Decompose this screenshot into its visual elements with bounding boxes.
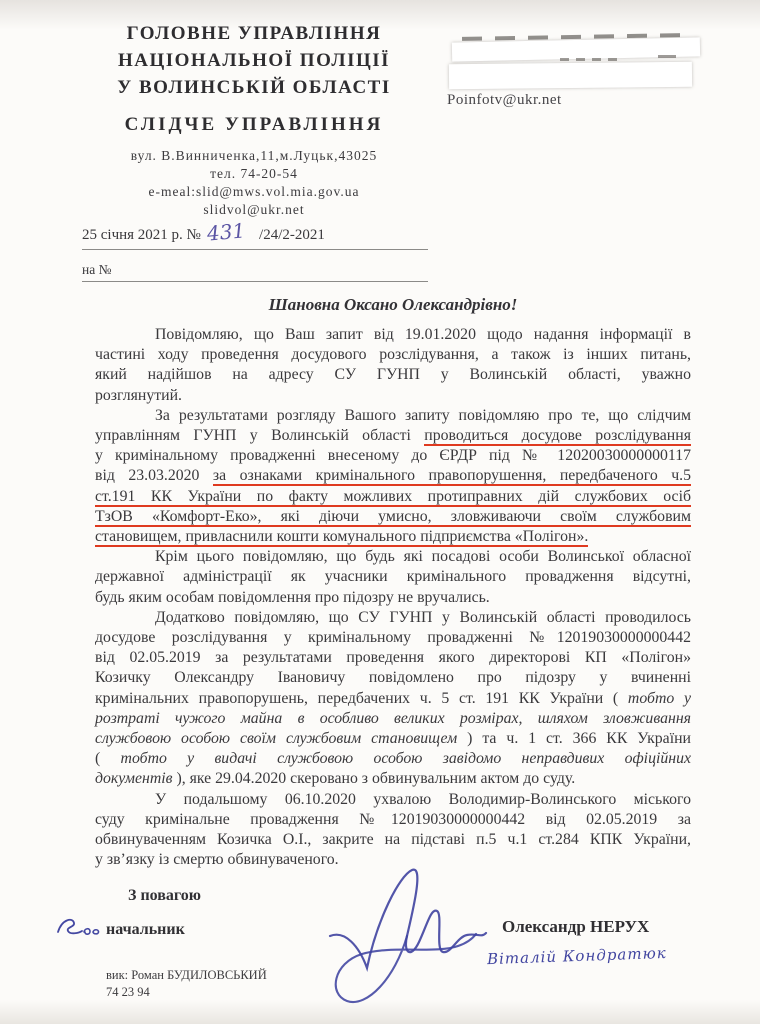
body-text: управлінням ГУНП у Волинській області (95, 427, 424, 444)
body-line: Козичку Олександру Івановичу повідомлено… (95, 668, 691, 688)
org-name-line3: У ВОЛИНСЬКІЙ ОБЛАСТІ (78, 74, 430, 101)
body-text: розглянутий. (95, 387, 182, 404)
body-line: ( тобто у видачі службовою особою завідо… (95, 749, 691, 769)
body-line: у кримінальному провадженні внесеному до… (95, 446, 691, 466)
reply-reference-line: на № (82, 262, 428, 282)
body-text: ) та ч. 1 ст. 366 КК України (467, 730, 691, 747)
body-text: суду кримінальне провадження №1201903000… (95, 811, 691, 828)
body-text: За результатами розгляду Вашого запиту п… (155, 407, 691, 424)
body-line: Повідомляю, що Ваш запит від 19.01.2020 … (95, 325, 691, 345)
red-underlined-text: проводиться досудове розслідування (424, 427, 691, 446)
body-line: обвинуваченням Козичка О.І., закрите на … (95, 830, 691, 850)
body-text: досудове розслідування у кримінальному п… (95, 629, 691, 646)
body-text: У подальшому 06.10.2020 ухвалою Володими… (155, 791, 691, 808)
body-line: У подальшому 06.10.2020 ухвалою Володими… (95, 790, 691, 810)
org-email-1: e-meal:slid@mws.vol.mia.gov.ua (78, 183, 430, 201)
scanned-letter-page: ГОЛОВНЕ УПРАВЛІННЯ НАЦІОНАЛЬНОЇ ПОЛІЦІЇ … (0, 0, 760, 1024)
body-text: Козичку Олександру Івановичу повідомлено… (95, 669, 691, 686)
letterhead: ГОЛОВНЕ УПРАВЛІННЯ НАЦІОНАЛЬНОЇ ПОЛІЦІЇ … (78, 20, 430, 219)
body-text: ( (95, 750, 100, 767)
body-text: службовою особою своїм службовим станови… (95, 730, 457, 747)
body-text: Крім цього повідомляю, що будь які посад… (155, 548, 691, 565)
body-text: у зв’язку із смертю обвинуваченого. (95, 851, 339, 868)
body-text: тобто у (628, 690, 691, 707)
body-line: досудове розслідування у кримінальному п… (95, 628, 691, 648)
body-line: який надійшов на адресу СУ ГУНП у Волинс… (95, 365, 691, 385)
org-email-2: slidvol@ukr.net (78, 201, 430, 219)
body-line: розглянутий. (95, 386, 691, 406)
body-line: становищем, привласнили кошти комунально… (95, 527, 691, 547)
body-line: ст.191 КК України по факту можливих прот… (95, 487, 691, 507)
body-text: кримінальних правопорушень, передбачених… (95, 690, 618, 707)
signer-name: Олександр НЕРУХ (502, 917, 649, 937)
body-text: обвинуваченням Козичка О.І., закрите на … (95, 831, 691, 848)
signer-position: начальник (106, 921, 185, 939)
body-text: документів (95, 770, 172, 787)
red-underlined-text: ТзОВ «Комфорт-Еко», які діючи умисно, зл… (95, 508, 691, 527)
body-text: ), яке 29.04.2020 скеровано з обвинуваль… (176, 770, 575, 787)
handwritten-doc-number: 431 (206, 218, 246, 245)
body-line: управлінням ГУНП у Волинській області пр… (95, 426, 691, 446)
executor-phone: 74 23 94 (106, 984, 267, 1001)
body-text: який надійшов на адресу СУ ГУНП у Волинс… (95, 366, 691, 383)
reply-label: на № (82, 262, 111, 277)
body-line: від 02.05.2019 за результатами проведенн… (95, 648, 691, 668)
redacted-text-remnant (560, 58, 620, 61)
department-name: СЛІДЧЕ УПРАВЛІННЯ (78, 114, 430, 136)
date-text: 25 січня 2021 р. № (82, 227, 201, 243)
body-line: Крім цього повідомляю, що будь які посад… (95, 547, 691, 567)
red-underlined-text: становищем, привласнили кошти комунально… (95, 528, 588, 547)
body-line: розтраті чужого майна в особливо великих… (95, 709, 691, 729)
body-line: ТзОВ «Комфорт-Еко», які діючи умисно, зл… (95, 507, 691, 527)
body-line: службовою особою своїм службовим станови… (95, 729, 691, 749)
red-underlined-text: ст.191 КК України по факту можливих прот… (95, 488, 691, 507)
letter-body: Повідомляю, що Ваш запит від 19.01.2020 … (95, 325, 691, 870)
body-line: державної адміністрації як учасники крим… (95, 567, 691, 587)
body-text: Повідомляю, що Ваш запит від 19.01.2020 … (155, 326, 691, 343)
body-line: будь яким особам повідомлення про підозр… (95, 588, 691, 608)
handwritten-name: Віталій Кондратюк (487, 944, 667, 968)
executor-name: вик: Роман БУДИЛОВСЬКИЙ (106, 967, 267, 984)
body-line: документів ), яке 29.04.2020 скеровано з… (95, 769, 691, 789)
org-name-line1: ГОЛОВНЕ УПРАВЛІННЯ (78, 20, 430, 47)
closing-phrase: З повагою (128, 887, 201, 905)
body-line: кримінальних правопорушень, передбачених… (95, 689, 691, 709)
org-phone: тел. 74-20-54 (78, 165, 430, 183)
body-line: Додатково повідомляю, що СУ ГУНП у Волин… (95, 608, 691, 628)
redaction-box-2 (449, 62, 692, 90)
redacted-text-remnant (658, 55, 676, 58)
body-text: від 02.05.2019 за результатами проведенн… (95, 649, 691, 666)
handwritten-mark-icon (54, 914, 100, 947)
body-text: частині ходу проведення досудового розсл… (95, 346, 691, 363)
salutation: Шановна Оксано Олександрівно! (95, 295, 691, 315)
document-date-line: 25 січня 2021 р. №431/24/2-2021 (82, 220, 428, 250)
body-line: суду кримінальне провадження №1201903000… (95, 810, 691, 830)
body-text: державної адміністрації як учасники крим… (95, 568, 691, 585)
body-text: від 23.03.2020 (95, 467, 213, 484)
org-name-line2: НАЦІОНАЛЬНОЇ ПОЛІЦІЇ (78, 47, 430, 74)
body-text: у кримінальному провадженні внесеному до… (95, 447, 691, 464)
doc-number-suffix: /24/2-2021 (259, 227, 325, 243)
org-contacts: вул. В.Винниченка,11,м.Луцьк,43025 тел. … (78, 147, 430, 219)
body-text: тобто у видачі службовою особою завідомо… (121, 750, 691, 767)
body-line: За результатами розгляду Вашого запиту п… (95, 406, 691, 426)
red-underlined-text: за ознаками кримінального правопорушення… (213, 467, 691, 486)
recipient-email: Poinfotv@ukr.net (447, 92, 562, 109)
executor-block: вик: Роман БУДИЛОВСЬКИЙ 74 23 94 (106, 967, 267, 1001)
signature-ink (315, 850, 500, 1015)
body-line: від 23.03.2020 за ознаками кримінального… (95, 466, 691, 486)
body-line: частині ходу проведення досудового розсл… (95, 345, 691, 365)
body-text: Додатково повідомляю, що СУ ГУНП у Волин… (155, 609, 691, 626)
org-address: вул. В.Винниченка,11,м.Луцьк,43025 (78, 147, 430, 165)
body-text: будь яким особам повідомлення про підозр… (95, 589, 490, 606)
body-text: розтраті чужого майна в особливо великих… (95, 710, 691, 727)
